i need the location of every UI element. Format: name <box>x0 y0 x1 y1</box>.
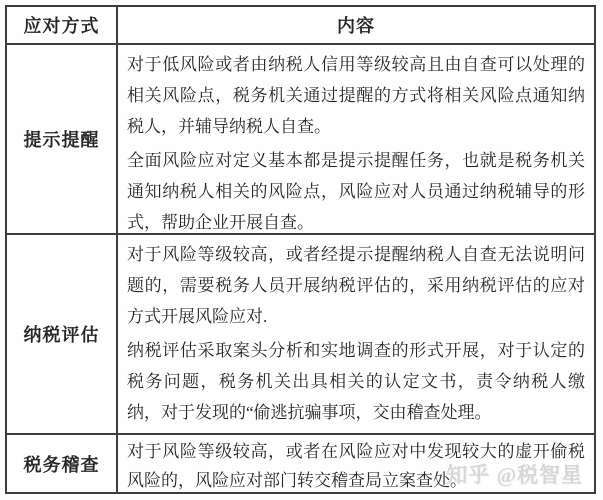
table-header-content: 内容 <box>116 7 594 43</box>
table-row-method-shuiwujicha: 税务稽查 <box>7 433 116 492</box>
paragraph: 对于风险等级较高，或者经提示提醒纳税人自查无法说明问题的，需要税务人员开展纳税评… <box>127 239 585 332</box>
document-page: 应对方式 内容 提示提醒 对于低风险或者由纳税人信用等级较高且由自查可以处理的相… <box>0 0 603 500</box>
paragraph: 纳税评估采取案头分析和实地调查的形式开展，对于认定的税务问题，税务机关出具相关的… <box>127 335 585 428</box>
zhihu-watermark: 知乎 @税智星 <box>446 459 583 489</box>
paragraph: 对于低风险或者由纳税人信用等级较高且由自查可以处理的相关风险点，税务机关通过提醒… <box>127 49 585 142</box>
table-header-method: 应对方式 <box>7 7 116 43</box>
table-row-content-nashuipinggu: 对于风险等级较高，或者经提示提醒纳税人自查无法说明问题的，需要税务人员开展纳税评… <box>116 233 594 433</box>
paragraph: 全面风险应对定义基本都是提示提醒任务，也就是税务机关通知纳税人相关的风险点，风险… <box>127 145 585 233</box>
table-row-method-tishitixing: 提示提醒 <box>7 43 116 233</box>
table-row-method-nashuipinggu: 纳税评估 <box>7 233 116 433</box>
table-row-content-tishitixing: 对于低风险或者由纳税人信用等级较高且由自查可以处理的相关风险点，税务机关通过提醒… <box>116 43 594 233</box>
response-methods-table: 应对方式 内容 提示提醒 对于低风险或者由纳税人信用等级较高且由自查可以处理的相… <box>5 5 596 494</box>
